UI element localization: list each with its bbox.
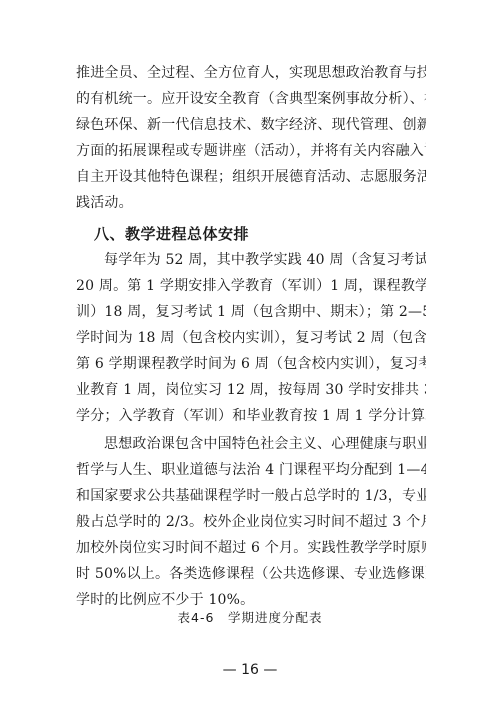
text-line: 和国家要求公共基础课程学时一般占总学时的 1/3，专业课程学时一 xyxy=(76,483,426,509)
text-line: 第 6 学期课程教学时间为 6 周（包含校内实训），复习考试 1 周，毕 xyxy=(76,351,426,377)
text-line: 绿色环保、新一代信息技术、数字经济、现代管理、创新创业教育等 xyxy=(76,112,426,138)
text-line: 时 50%以上。各类选修课程（公共选修课、专业选修课）的学时占总 xyxy=(76,561,426,587)
text-line: 思想政治课包含中国特色社会主义、心理健康与职业生涯规划、 xyxy=(104,431,426,457)
text-line: 方面的拓展课程或专题讲座（活动），并将有关内容融入课程教学中； xyxy=(76,138,426,164)
text-line: 自主开设其他特色课程；组织开展德育活动、志愿服务活动和其他实 xyxy=(76,164,426,190)
text-line: 训）18 周，复习考试 1 周（包含期中、期末）；第 2—5 学期课程教 xyxy=(76,299,426,325)
text-line: 每学年为 52 周，其中教学实践 40 周（含复习考试），每学期 xyxy=(104,247,426,273)
table-caption: 表4-6 学期进度分配表 xyxy=(0,608,500,628)
text-line: 学分；入学教育（军训）和毕业教育按 1 周 1 学分计算。 xyxy=(76,403,426,429)
page-number: — 16 — xyxy=(0,660,500,680)
text-line: 20 周。第 1 学期安排入学教育（军训）1 周，课程教学（包含校内实 xyxy=(76,273,426,299)
text-line: 哲学与人生、职业道德与法治 4 门课程平均分配到 1—4 学期。按党 xyxy=(76,457,426,483)
text-line: 推进全员、全过程、全方位育人，实现思想政治教育与技术技能培养 xyxy=(76,60,426,86)
text-line: 的有机统一。应开设安全教育（含典型案例事故分析）、社会责任、 xyxy=(76,86,426,112)
text-line: 学时间为 18 周（包含校内实训），复习考试 2 周（包含期中、期末）； xyxy=(76,325,426,351)
text-line: 般占总学时的 2/3。校外企业岗位实习时间不超过 3 个月。校内实训 xyxy=(76,509,426,535)
text-line: 业教育 1 周，岗位实习 12 周，按每周 30 学时安排共 360 学时，20 xyxy=(76,377,426,403)
section-heading: 八、教学进程总体安排 xyxy=(94,221,249,247)
document-page: 推进全员、全过程、全方位育人，实现思想政治教育与技术技能培养 的有机统一。应开设… xyxy=(0,0,500,707)
text-line: 践活动。 xyxy=(76,190,426,216)
text-line: 加校外岗位实习时间不超过 6 个月。实践性教学学时原则上要占总学 xyxy=(76,535,426,561)
